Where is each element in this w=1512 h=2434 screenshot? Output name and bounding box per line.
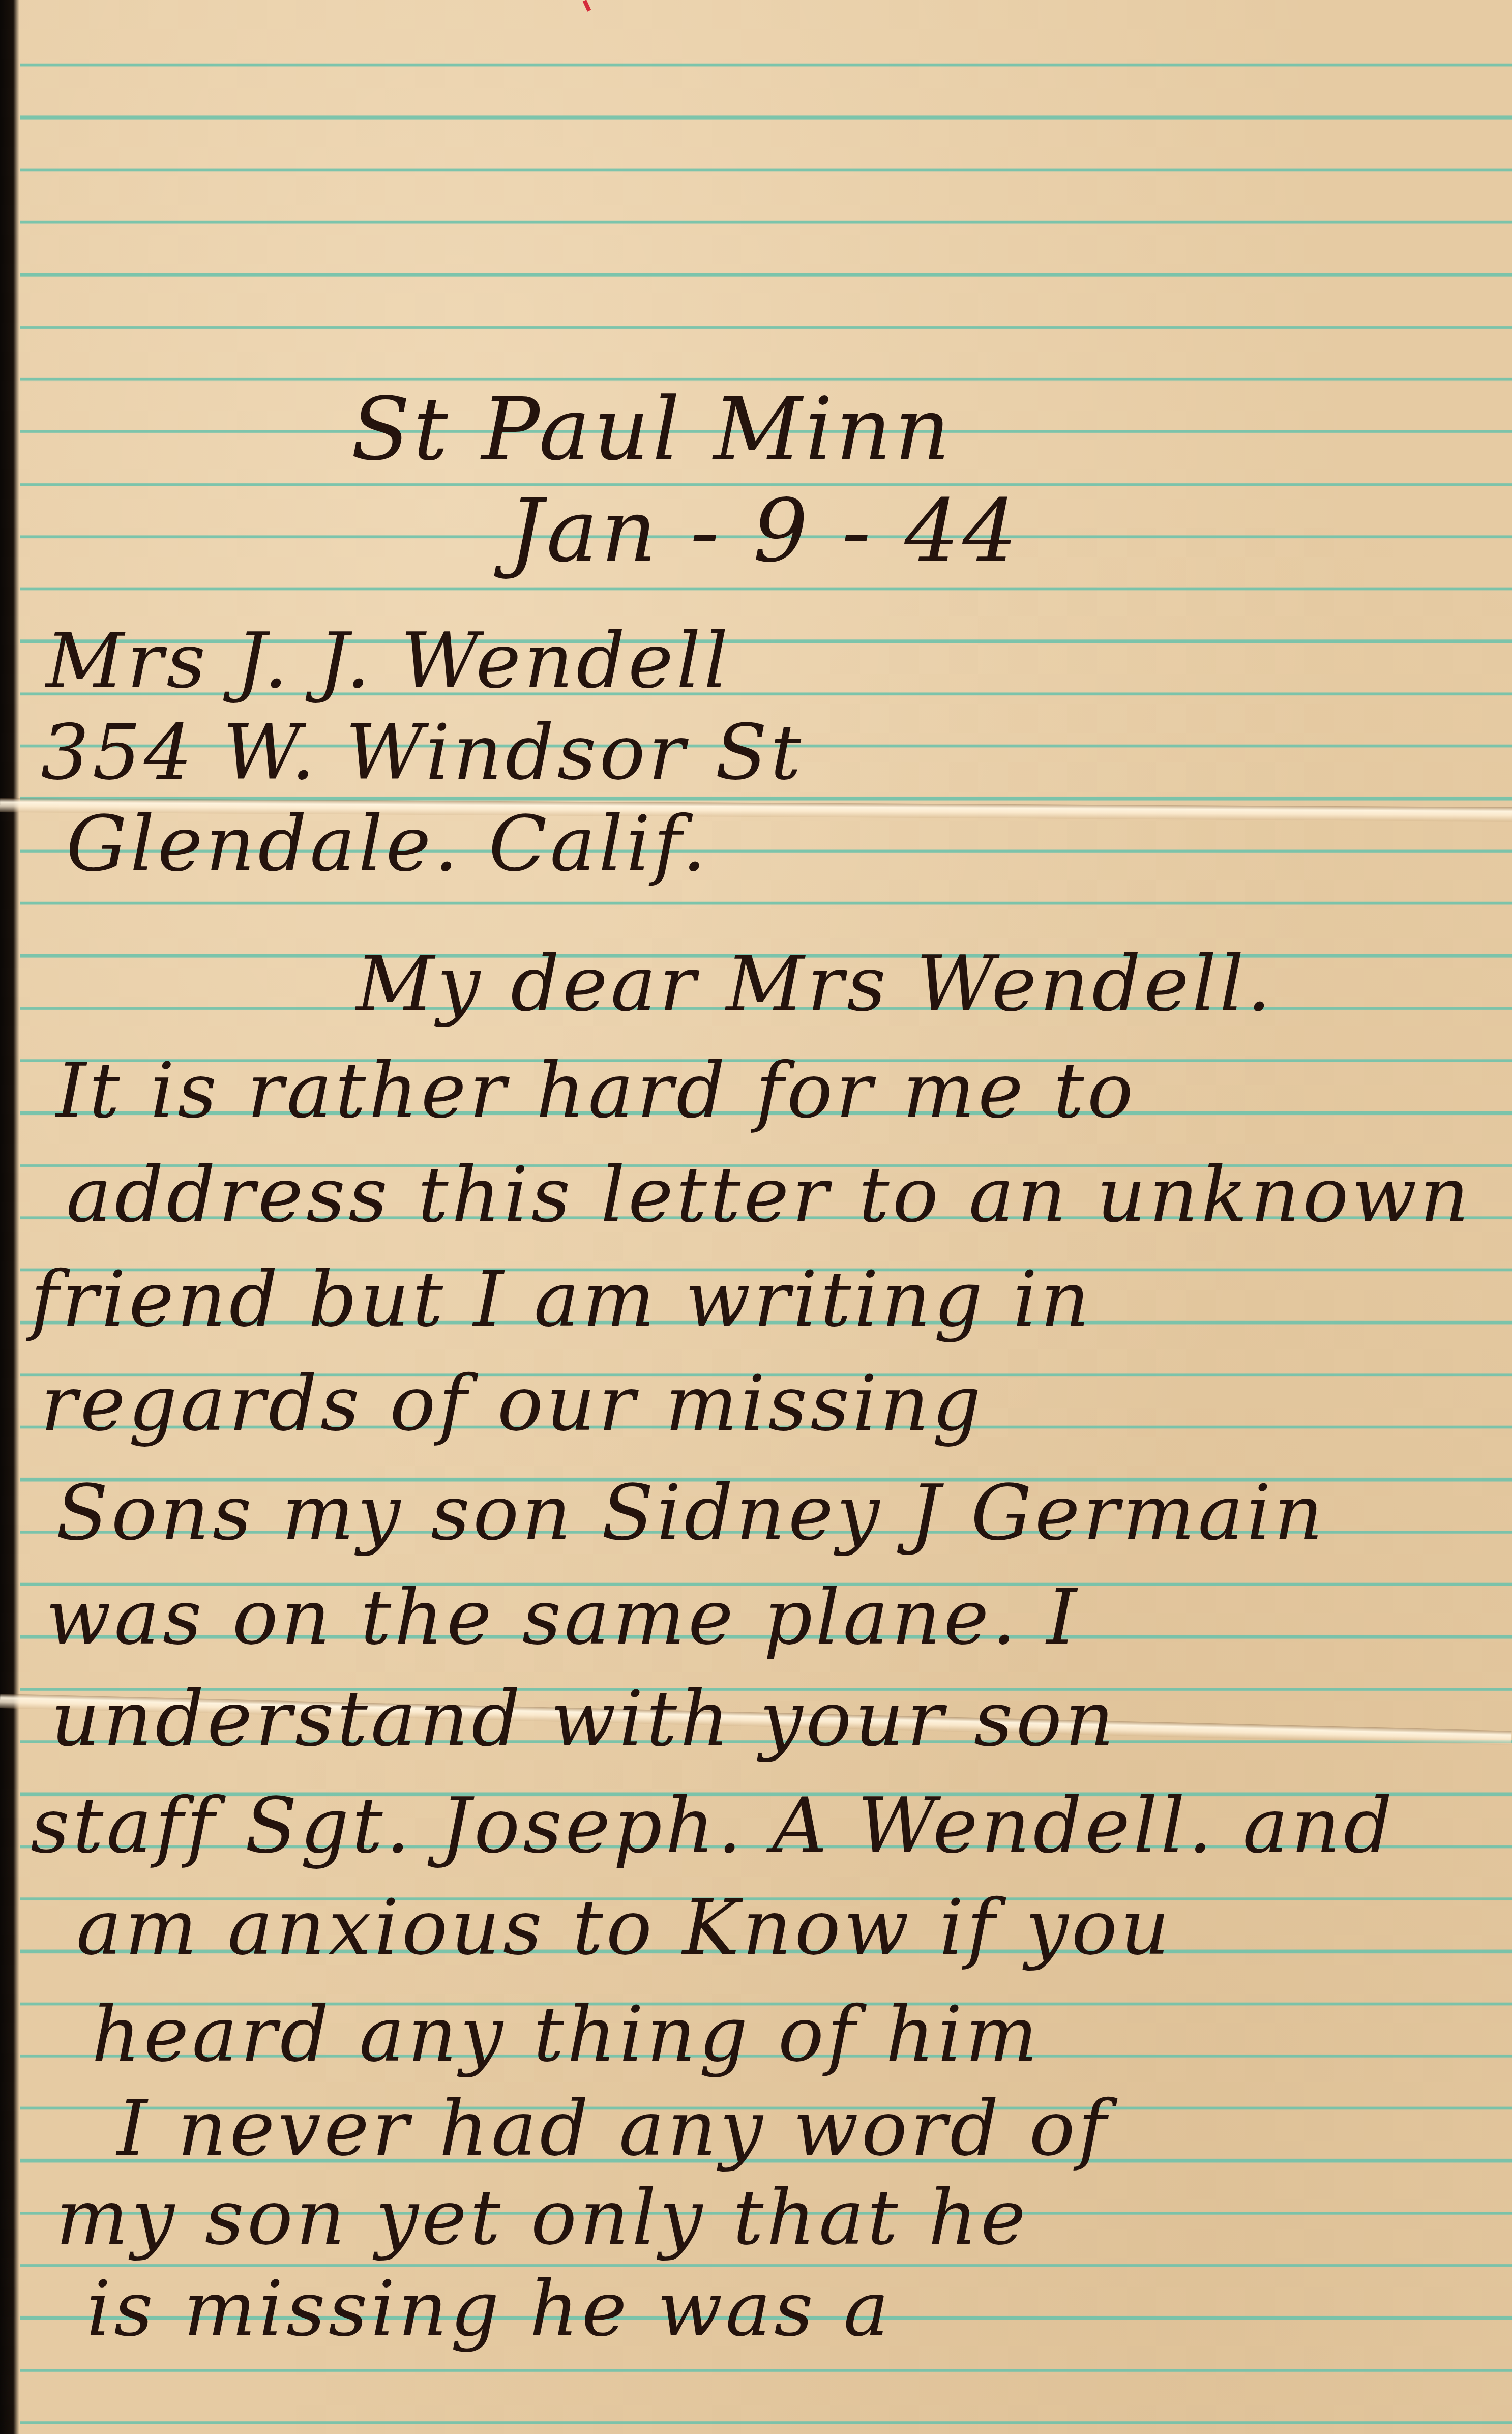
heading-date: Jan - 9 - 44 xyxy=(509,488,1021,575)
heading-place: St Paul Minn xyxy=(351,387,953,473)
body-line: Sons my son Sidney J Germain xyxy=(56,1475,1326,1551)
body-line: is missing he was a xyxy=(86,2271,892,2348)
body-line: regards of our missing xyxy=(41,1366,984,1442)
recipient-city: Glendale. Calif. xyxy=(66,806,709,883)
recipient-name: Mrs J. J. Wendell xyxy=(46,623,731,699)
body-line: am anxious to Know if you xyxy=(76,1890,1173,1966)
body-line: I never had any word of xyxy=(117,2091,1109,2167)
body-line: friend but I am writing in xyxy=(31,1262,1092,1338)
body-line: understand with your son xyxy=(51,1681,1117,1757)
scan-left-edge xyxy=(0,0,19,2434)
body-line: was on the same plane. I xyxy=(46,1579,1080,1656)
salutation: My dear Mrs Wendell. xyxy=(356,946,1274,1022)
body-line: address this letter to an unknown xyxy=(66,1157,1472,1234)
body-line: heard any thing of him xyxy=(92,1997,1041,2073)
body-line: It is rather hard for me to xyxy=(56,1053,1136,1129)
body-line: my son yet only that he xyxy=(56,2180,1029,2256)
body-line: staff Sgt. Joseph. A Wendell. and xyxy=(31,1788,1395,1864)
recipient-street: 354 W. Windsor St xyxy=(41,715,804,791)
